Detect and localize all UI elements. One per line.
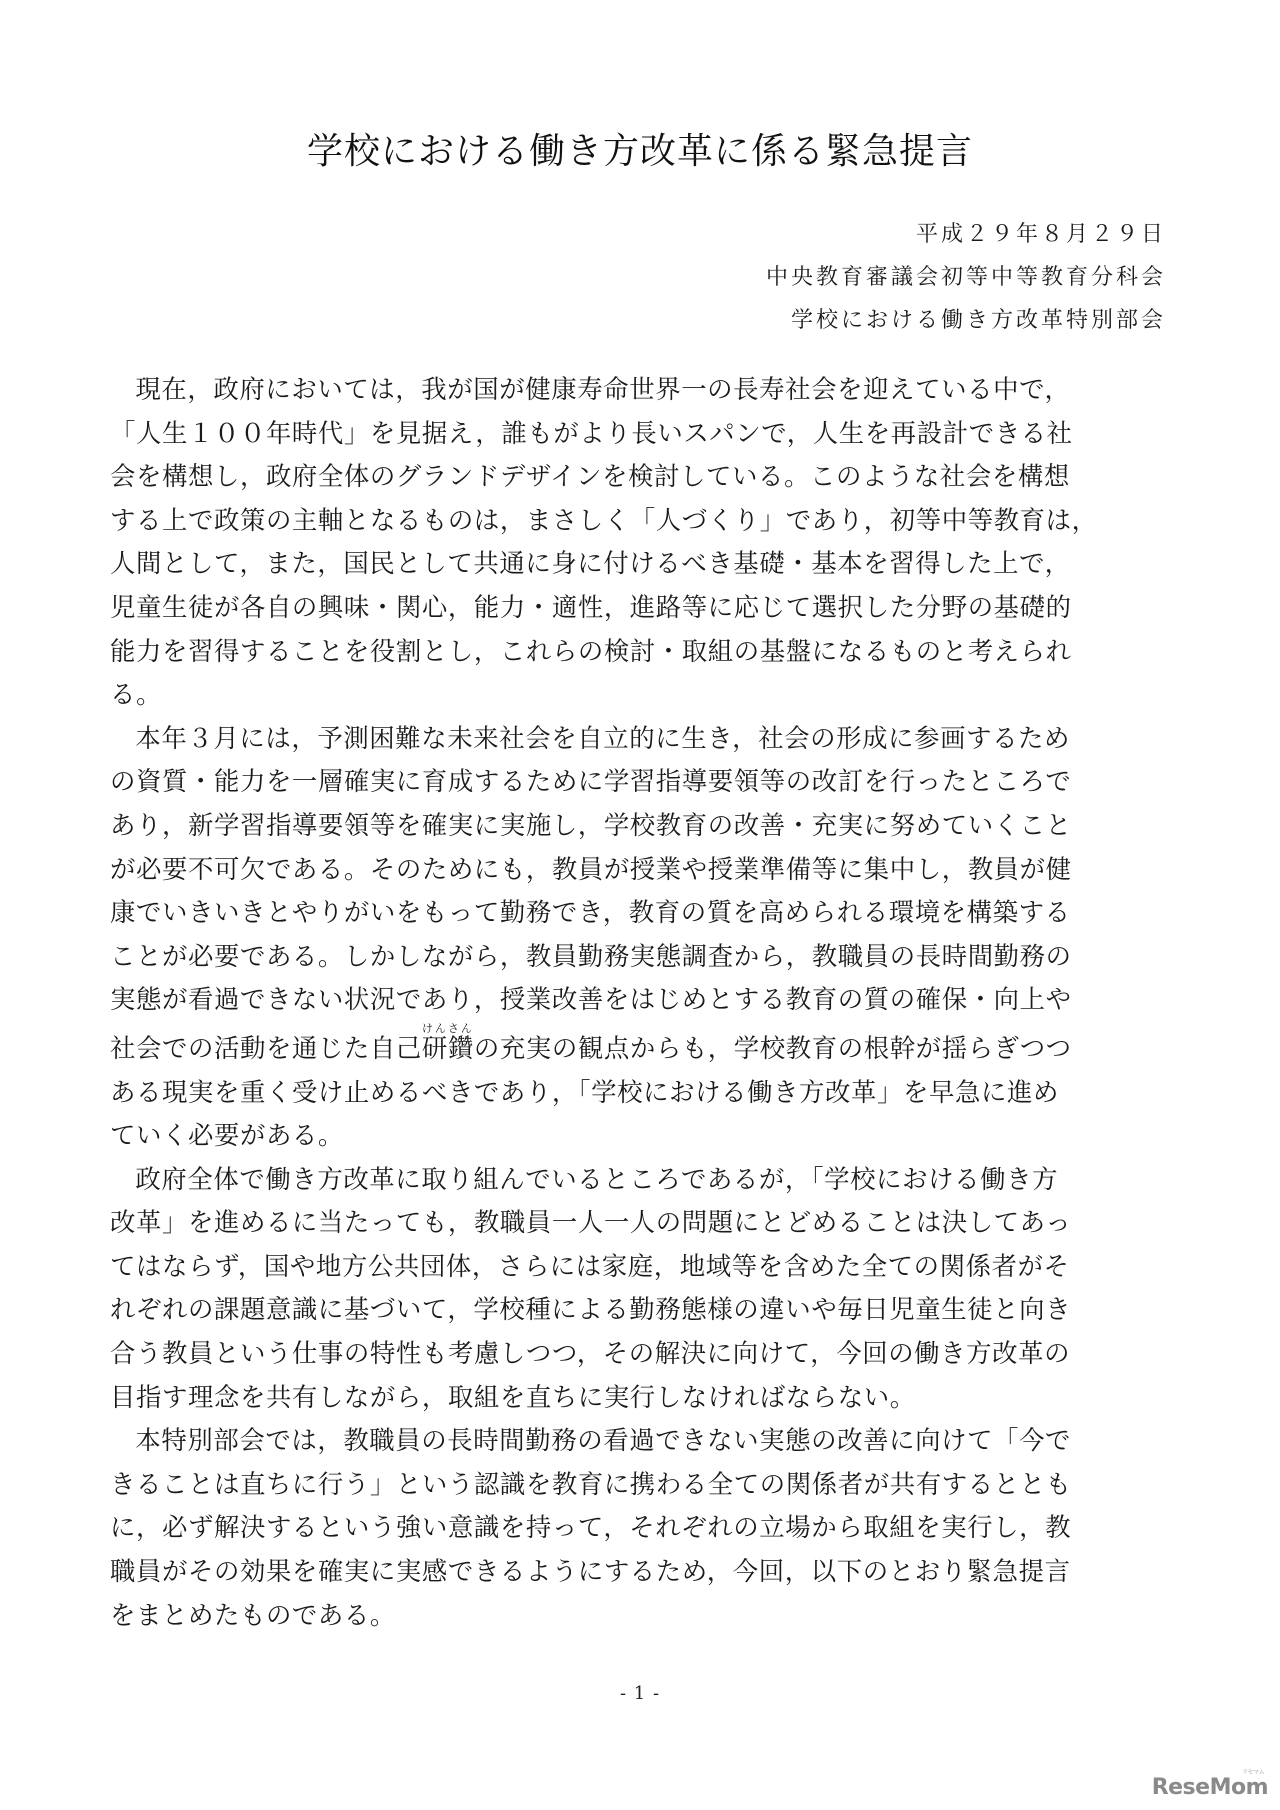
text-line: 「人生１００年時代」を見据え，誰もがより長いスパンで，人生を再設計できる社 (110, 412, 1174, 456)
text-line: ある現実を重く受け止めるべきであり，「学校における働き方改革」を早急に進め (110, 1071, 1174, 1115)
text-line: 能力を習得することを役割とし，これらの検討・取組の基盤になるものと考えられ (110, 630, 1174, 674)
ruby-annotation: 研鑽けんさん (422, 1033, 474, 1063)
document-meta: 平成２９年８月２９日 中央教育審議会初等中等教育分科会 学校における働き方改革特… (766, 213, 1166, 342)
paragraph-1: 現在，政府においては，我が国が健康寿命世界一の長寿社会を迎えている中で， 「人生… (110, 368, 1174, 717)
text-line: 人間として，また，国民として共通に身に付けるべき基礎・基本を習得した上で， (110, 542, 1174, 586)
text-line: 合う教員という仕事の特性も考慮しつつ，その解決に向けて，今回の働き方改革の (110, 1332, 1174, 1376)
text-line: あり，新学習指導要領等を確実に実施し，学校教育の改善・充実に努めていくこと (110, 804, 1174, 848)
text-line: ていく必要がある。 (110, 1114, 1174, 1158)
document-page: 学校における働き方改革に係る緊急提言 平成２９年８月２９日 中央教育審議会初等中… (0, 0, 1280, 1810)
text-line: 康でいきいきとやりがいをもって勤務でき，教育の質を高められる環境を構築する (110, 891, 1174, 935)
text-line: 会を構想し，政府全体のグランドデザインを検討している。このような社会を構想 (110, 455, 1174, 499)
text-line: 本年３月には，予測困難な未来社会を自立的に生き，社会の形成に参画するため (110, 717, 1174, 761)
text-line: 政府全体で働き方改革に取り組んでいるところであるが，「学校における働き方 (110, 1158, 1174, 1202)
paragraph-3: 政府全体で働き方改革に取り組んでいるところであるが，「学校における働き方 改革」… (110, 1158, 1174, 1420)
resemom-logo-text: ReseMom (1152, 1775, 1268, 1800)
page-number: - 1 - (0, 1683, 1280, 1704)
text-line: 改革」を進めるに当たっても，教職員一人一人の問題にとどめることは決してあっ (110, 1201, 1174, 1245)
text-line: れぞれの課題意識に基づいて，学校種による勤務態様の違いや毎日児童生徒と向き (110, 1288, 1174, 1332)
text-line: する上で政策の主軸となるものは，まさしく「人づくり」であり，初等中等教育は， (110, 499, 1174, 543)
text-line: 職員がその効果を確実に実感できるようにするため，今回，以下のとおり緊急提言 (110, 1550, 1174, 1594)
text-line: 現在，政府においては，我が国が健康寿命世界一の長寿社会を迎えている中で， (110, 368, 1174, 412)
issuer-subcommittee: 学校における働き方改革特別部会 (766, 299, 1166, 342)
text-line: 児童生徒が各自の興味・関心，能力・適性，進路等に応じて選択した分野の基礎的 (110, 586, 1174, 630)
issuer-council: 中央教育審議会初等中等教育分科会 (766, 256, 1166, 299)
text-line-with-ruby: 社会での活動を通じた自己研鑽けんさんの充実の観点からも，学校教育の根幹が揺らぎつ… (110, 1022, 1174, 1071)
document-date: 平成２９年８月２９日 (766, 213, 1166, 256)
document-body: 現在，政府においては，我が国が健康寿命世界一の長寿社会を迎えている中で， 「人生… (110, 368, 1174, 1637)
text-line: の資質・能力を一層確実に育成するために学習指導要領等の改訂を行ったところで (110, 760, 1174, 804)
text-line: に，必ず解決するという強い意識を持って，それぞれの立場から取組を実行し，教 (110, 1506, 1174, 1550)
ruby-line-after: の充実の観点からも，学校教育の根幹が揺らぎつつ (474, 1033, 1072, 1063)
text-line: 本特別部会では，教職員の長時間勤務の看過できない実態の改善に向けて「今で (110, 1419, 1174, 1463)
ruby-reading: けんさん (422, 1022, 474, 1035)
ruby-line-before: 社会での活動を通じた自己 (110, 1033, 422, 1063)
text-line: る。 (110, 673, 1174, 717)
document-title: 学校における働き方改革に係る緊急提言 (0, 123, 1280, 174)
ruby-base: 研鑽 (422, 1033, 474, 1063)
text-line: が必要不可欠である。そのためにも，教員が授業や授業準備等に集中し，教員が健 (110, 848, 1174, 892)
text-line: 実態が看過できない状況であり，授業改善をはじめとする教育の質の確保・向上や (110, 978, 1174, 1022)
text-line: をまとめたものである。 (110, 1594, 1174, 1638)
resemom-logo: ReseMom リセマム (1152, 1775, 1268, 1800)
resemom-logo-ruby: リセマム (1242, 1767, 1264, 1776)
text-line: きることは直ちに行う」という認識を教育に携わる全ての関係者が共有するととも (110, 1463, 1174, 1507)
text-line: ことが必要である。しかしながら，教員勤務実態調査から，教職員の長時間勤務の (110, 935, 1174, 979)
paragraph-2: 本年３月には，予測困難な未来社会を自立的に生き，社会の形成に参画するため の資質… (110, 717, 1174, 1158)
paragraph-4: 本特別部会では，教職員の長時間勤務の看過できない実態の改善に向けて「今で きるこ… (110, 1419, 1174, 1637)
text-line: 目指す理念を共有しながら，取組を直ちに実行しなければならない。 (110, 1376, 1174, 1420)
text-line: てはならず，国や地方公共団体，さらには家庭，地域等を含めた全ての関係者がそ (110, 1245, 1174, 1289)
